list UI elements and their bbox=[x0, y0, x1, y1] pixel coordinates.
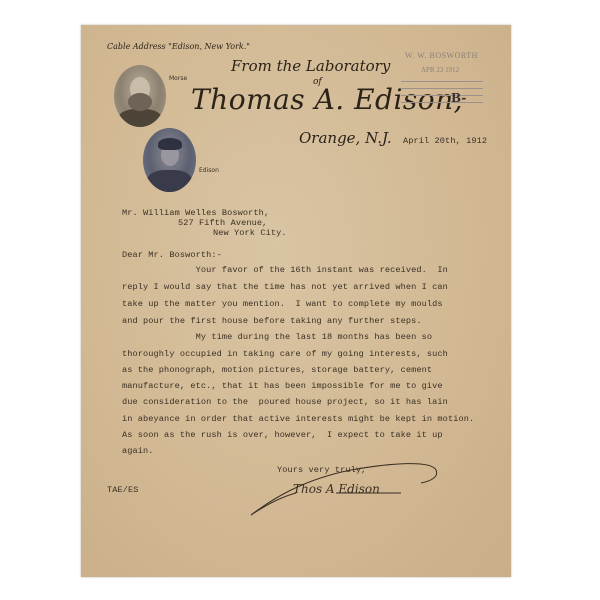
stamp-name: W. W. BOSWORTH bbox=[405, 51, 478, 60]
body-line: again. bbox=[122, 446, 154, 456]
signature: Thos A Edison bbox=[241, 445, 441, 525]
stamp-line bbox=[401, 95, 483, 96]
stamp-line bbox=[401, 102, 483, 103]
letter-paper: Cable Address "Edison, New York." Morse … bbox=[81, 25, 511, 577]
stamp-line bbox=[401, 81, 483, 82]
cable-address: Cable Address "Edison, New York." bbox=[107, 42, 250, 51]
stamp-mark: B- bbox=[451, 91, 466, 105]
body-line: take up the matter you mention. I want t… bbox=[122, 299, 443, 309]
body-line: As soon as the rush is over, however, I … bbox=[122, 430, 443, 440]
edison-caption: Edison bbox=[199, 167, 219, 174]
typist-initials: TAE/ES bbox=[107, 485, 139, 495]
morse-caption: Morse bbox=[169, 75, 187, 82]
stamp-line bbox=[401, 88, 483, 89]
edison-portrait bbox=[143, 128, 196, 192]
recipient-line-3: New York City. bbox=[213, 228, 287, 238]
body-line: as the phonograph, motion pictures, stor… bbox=[122, 365, 432, 375]
salutation: Dear Mr. Bosworth:- bbox=[122, 250, 222, 260]
body-line: Your favor of the 16th instant was recei… bbox=[122, 265, 448, 275]
recipient-line-2: 527 Fifth Avenue, bbox=[178, 218, 267, 228]
body-line: due consideration to the poured house pr… bbox=[122, 397, 448, 407]
letterhead-place: Orange, N.J. bbox=[299, 129, 392, 147]
recipient-line-1: Mr. William Welles Bosworth, bbox=[122, 208, 269, 218]
body-line: reply I would say that the time has not … bbox=[122, 282, 448, 292]
received-stamp: W. W. BOSWORTH APR 23 1912 B- bbox=[401, 51, 501, 111]
body-line: My time during the last 18 months has be… bbox=[122, 332, 432, 342]
body-line: in abeyance in order that active interes… bbox=[122, 414, 474, 424]
stamp-date: APR 23 1912 bbox=[421, 66, 459, 74]
signature-text: Thos A Edison bbox=[293, 482, 380, 496]
body-line: thoroughly occupied in taking care of my… bbox=[122, 349, 448, 359]
letterhead-from: From the Laboratory bbox=[231, 57, 390, 75]
body-line: manufacture, etc., that it has been impo… bbox=[122, 381, 443, 391]
morse-portrait bbox=[114, 65, 166, 127]
letter-date: April 20th, 1912 bbox=[403, 136, 487, 146]
body-line: and pour the first house before taking a… bbox=[122, 316, 422, 326]
